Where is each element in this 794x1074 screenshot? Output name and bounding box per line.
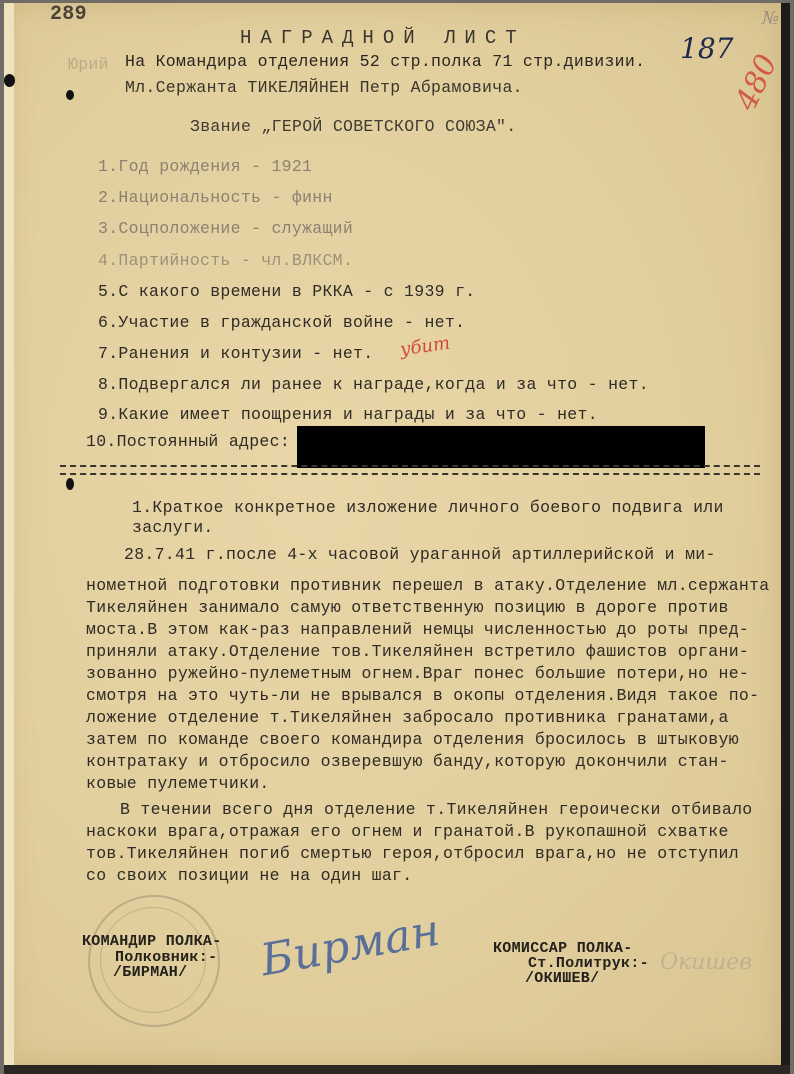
question-label: Соцположение (118, 219, 240, 238)
commissar-signature: Окишев (660, 950, 752, 975)
question-label: Год рождения (118, 157, 240, 176)
archive-number: 289 (50, 3, 87, 26)
question-label: Подвергался ли ранее к награде,когда и з… (118, 375, 577, 394)
question-row: 4.Партийность - чл.ВЛКСМ. (98, 251, 353, 270)
question-number: 6. (98, 313, 118, 332)
question-row: 3.Соцположение - служащий (98, 219, 353, 238)
question-label: Участие в гражданской войне (118, 313, 393, 332)
commissar-name: /ОКИШЕВ/ (525, 970, 599, 987)
narrative-line: зованно ружейно-пулеметным огнем.Враг по… (86, 664, 749, 683)
narrative-line: смотря на это чуть-ли не врывался в окоп… (86, 686, 759, 705)
punch-hole (66, 478, 74, 490)
question-value: нет. (557, 405, 598, 424)
narrative-line: В течении всего дня отделение т.Тикеляйн… (120, 800, 753, 819)
question-row: 8.Подвергался ли ранее к награде,когда и… (98, 375, 649, 394)
question-value: нет. (333, 344, 374, 363)
question-value: с 1939 г. (384, 282, 476, 301)
commander-name: /БИРМАН/ (113, 964, 187, 981)
question-row: 1.Год рождения - 1921 (98, 157, 312, 176)
question-row: 10.Постоянный адрес: (86, 432, 290, 451)
question-row: 9.Какие имеет поощрения и награды и за ч… (98, 405, 598, 424)
question-number: 5. (98, 282, 118, 301)
question-number: 10. (86, 432, 117, 451)
narrative-line: нометной подготовки противник перешел в … (86, 576, 770, 595)
page-edge-shadow (781, 3, 790, 1065)
page-edge-shadow-bottom (4, 1065, 790, 1074)
question-value: нет. (608, 375, 649, 394)
question-value: финн (292, 188, 333, 207)
narrative-line: тов.Тикеляйнен погиб смертью героя,отбро… (86, 844, 739, 863)
question-number: 7. (98, 344, 118, 363)
question-number: 8. (98, 375, 118, 394)
header-name-line: Мл.Сержанта ТИКЕЛЯЙНЕН Петр Абрамовича. (125, 78, 523, 97)
question-row: 7.Ранения и контузии - нет. (98, 344, 373, 363)
award-line: Звание „ГЕРОЙ СОВЕТСКОГО СОЮЗА". (190, 117, 516, 136)
narrative-line: контратаку и отбросило озверевшую банду,… (86, 752, 729, 771)
redacted-address (297, 426, 705, 468)
narrative-line: моста.В этом как-раз направлений немцы ч… (86, 620, 749, 639)
question-value: нет. (424, 313, 465, 332)
question-row: 6.Участие в гражданской войне - нет. (98, 313, 465, 332)
narrative-line: 28.7.41 г.после 4-х часовой ураганной ар… (124, 545, 716, 564)
section-heading: 1.Краткое конкретное изложение личного б… (132, 498, 724, 517)
question-label: Постоянный адрес: (117, 432, 290, 451)
question-row: 2.Национальность - финн (98, 188, 333, 207)
handwritten-number: 187 (680, 32, 733, 65)
narrative-line: Тикеляйнен занимало самую ответственную … (86, 598, 729, 617)
question-label: С какого времени в РККА (118, 282, 353, 301)
commander-title: КОМАНДИР ПОЛКА- (82, 933, 222, 950)
question-value: чл.ВЛКСМ. (261, 251, 353, 270)
question-value: 1921 (271, 157, 312, 176)
narrative-line: наскоки врага,отражая его огнем и гранат… (86, 822, 729, 841)
margin-stamp: Юрий (68, 55, 109, 74)
page-margin-strip (4, 3, 14, 1065)
section-divider (60, 465, 760, 475)
document-title: НАГРАДНОЙ ЛИСТ (240, 27, 526, 49)
question-number: 2. (98, 188, 118, 207)
question-row: 5.С какого времени в РККА - с 1939 г. (98, 282, 475, 301)
question-number: 4. (98, 251, 118, 270)
punch-hole (66, 90, 74, 100)
narrative-line: приняли атаку.Отделение тов.Тикеляйнен в… (86, 642, 749, 661)
narrative-line: ковые пулеметчики. (86, 774, 270, 793)
corner-mark: № (762, 8, 779, 29)
question-number: 3. (98, 219, 118, 238)
question-number: 1. (98, 157, 118, 176)
question-label: Какие имеет поощрения и награды и за что (118, 405, 526, 424)
question-number: 9. (98, 405, 118, 424)
question-label: Национальность (118, 188, 261, 207)
narrative-line: со своих позиции не на один шаг. (86, 866, 412, 885)
narrative-line: ложение отделение т.Тикеляйнен забросало… (86, 708, 729, 727)
section-heading-cont: заслуги. (132, 518, 214, 537)
question-label: Ранения и контузии (118, 344, 302, 363)
question-label: Партийность (118, 251, 230, 270)
header-recipient-line: На Командира отделения 52 стр.полка 71 с… (125, 52, 645, 71)
narrative-line: затем по команде своего командира отделе… (86, 730, 739, 749)
question-value: служащий (271, 219, 353, 238)
punch-hole (4, 74, 15, 87)
